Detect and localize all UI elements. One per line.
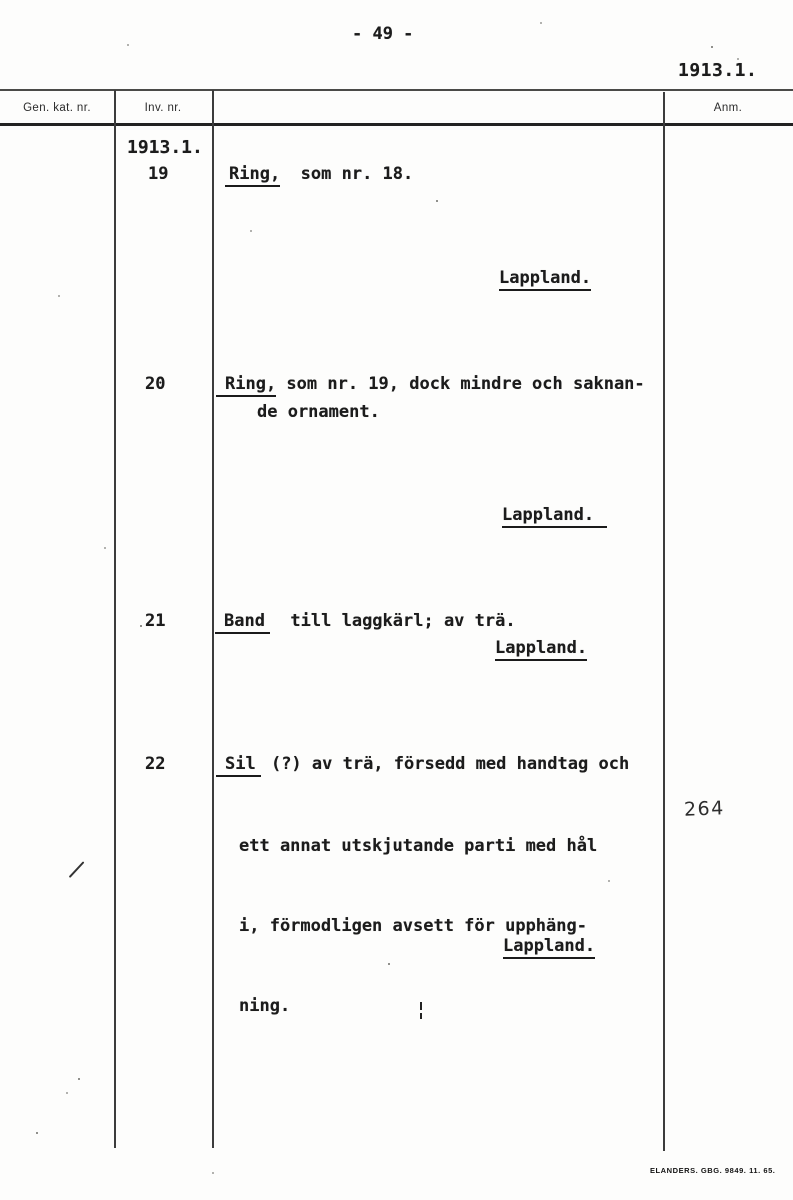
ink-smudge-mark — [420, 1002, 422, 1019]
entry-20-text-line2: de ornament. — [257, 404, 380, 421]
entry-22-text-line4: ning. — [239, 993, 597, 1020]
scan-speck — [436, 200, 438, 202]
entry-21-text-rest: till laggkärl; av trä. — [270, 611, 516, 631]
entry-20-place: Lappland. — [502, 507, 607, 524]
entry-22-text: Sil (?) av trä, försedd med handtag och — [225, 756, 629, 773]
entry-20-inv-nr: 20 — [145, 376, 165, 393]
entry-22-inv-nr: 22 — [145, 756, 165, 773]
entry-19-text-rest: som nr. 18. — [280, 164, 413, 184]
scan-speck — [388, 963, 390, 965]
entry-20-text-rest: som nr. 19, dock mindre och saknan- — [276, 374, 644, 394]
column-header-inv-nr: Inv. nr. — [114, 102, 212, 114]
entry-21-text: Band till laggkärl; av trä. — [224, 613, 516, 630]
handwritten-slash-mark — [69, 861, 85, 878]
column-divider-1 — [114, 90, 116, 1148]
entry-21-inv-nr: 21 — [145, 613, 165, 630]
entry-20-keyword: Ring, — [216, 374, 276, 397]
scan-speck — [737, 58, 739, 60]
scan-speck — [250, 230, 252, 232]
scanned-catalog-page: { "page": { "page_number": "- 49 -", "ye… — [0, 0, 793, 1200]
entry-22-text-lines: ett annat utskjutande parti med hål i, f… — [239, 779, 597, 1047]
column-divider-2 — [212, 90, 214, 1148]
scan-speck — [36, 1132, 38, 1134]
scan-speck — [711, 46, 713, 48]
page-number: - 49 - — [352, 26, 413, 43]
group-year-label: 1913.1. — [127, 139, 203, 157]
column-header-anm: Anm. — [663, 102, 793, 114]
entry-22-text-line2: ett annat utskjutande parti med hål — [239, 833, 597, 860]
scan-speck — [608, 880, 610, 882]
entry-22-text-rest: (?) av trä, försedd med handtag och — [261, 754, 629, 774]
entry-21-place: Lappland. — [495, 640, 587, 657]
entry-22-anm-number: 264 — [684, 797, 726, 820]
entry-21-keyword: Band — [215, 611, 270, 634]
entry-22-place: Lappland. — [503, 938, 595, 955]
scan-speck — [78, 1078, 80, 1080]
scan-speck — [66, 1092, 68, 1094]
scan-speck — [540, 22, 542, 24]
entry-19-keyword: Ring, — [225, 164, 280, 187]
column-divider-3 — [663, 92, 665, 1151]
entry-20-text: Ring, som nr. 19, dock mindre och saknan… — [225, 376, 645, 393]
scan-speck — [127, 44, 129, 46]
entry-19-inv-nr: 19 — [148, 166, 168, 183]
column-header-gen-kat-nr: Gen. kat. nr. — [0, 102, 114, 114]
year-reference-header: 1913.1. — [678, 62, 757, 80]
printer-mark: ELANDERS. GBG. 9849. 11. 65. — [650, 1166, 775, 1175]
entry-19-place: Lappland. — [499, 270, 591, 287]
scan-speck — [58, 295, 60, 297]
table-rule-top — [0, 89, 793, 91]
entry-22-keyword: Sil — [216, 754, 261, 777]
table-rule-header-bottom — [0, 123, 793, 126]
scan-speck — [104, 547, 106, 549]
scan-speck — [140, 625, 142, 627]
entry-19-text: Ring, som nr. 18. — [229, 166, 413, 183]
scan-speck — [212, 1172, 214, 1174]
